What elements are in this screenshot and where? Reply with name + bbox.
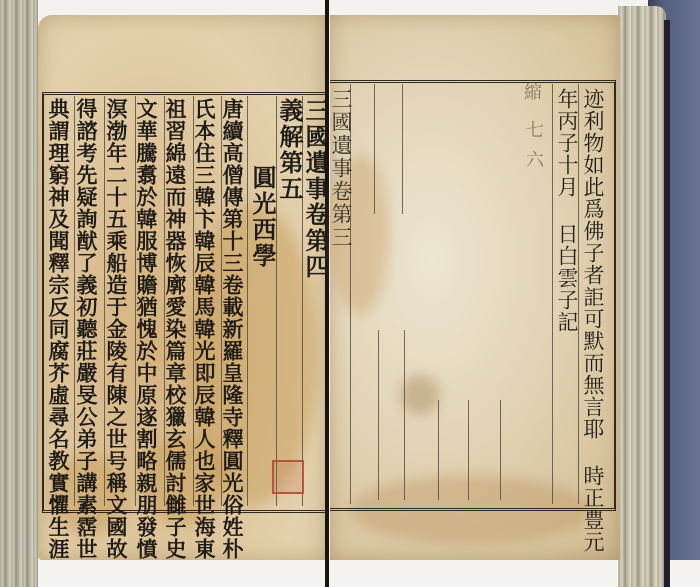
book-photo: 三國遺事卷第四 義解第五 圓光西學 唐續高僧傳第十三卷載新羅皇隆寺釋圓光俗姓朴 … xyxy=(0,0,700,587)
text-column: 典謂理窮神及聞釋宗反同腐芥虛尋名教實懼生涯 xyxy=(48,98,69,560)
text-column: 氏本住三韓卞韓辰韓馬韓光即辰韓人也家世海東 xyxy=(194,98,215,560)
table-surface xyxy=(0,560,700,587)
text-column: 祖習綿遠而神器恢廓愛染篇章校獵玄儒討雠子史 xyxy=(165,98,186,560)
right-margin-title: 三國遺事卷第三 xyxy=(330,88,351,249)
subtitle: 圓光西學 xyxy=(250,165,274,269)
red-seal-stamp xyxy=(272,460,304,494)
cover-edge xyxy=(664,20,670,587)
left-margin-title: 三國遺事卷第四 xyxy=(303,98,327,280)
text-column: 年丙子十月 日白雲子記 xyxy=(556,88,577,333)
text-column: 迹利物如此爲佛子者詎可默而無言耶 時正豊元 xyxy=(582,88,603,553)
section-title: 義解第五 xyxy=(277,98,301,202)
right-page-edges xyxy=(618,6,666,587)
text-column: 文華騰翥於韓服博贍猶愧於中原遂割略親朋發憤 xyxy=(136,98,157,560)
faint-mark: 七 xyxy=(520,120,546,138)
left-page-edges xyxy=(0,0,38,587)
text-column: 得諮考先疑詢猷了義初聽莊嚴旻公弟子講素霑世 xyxy=(76,98,97,560)
faint-mark: 縮 xyxy=(518,82,544,100)
text-column: 唐續高僧傳第十三卷載新羅皇隆寺釋圓光俗姓朴 xyxy=(222,98,243,560)
faint-mark: 六 xyxy=(520,150,546,168)
text-column: 溟渤年二十五乘船造于金陵有陳之世号稱文國故 xyxy=(106,98,127,560)
